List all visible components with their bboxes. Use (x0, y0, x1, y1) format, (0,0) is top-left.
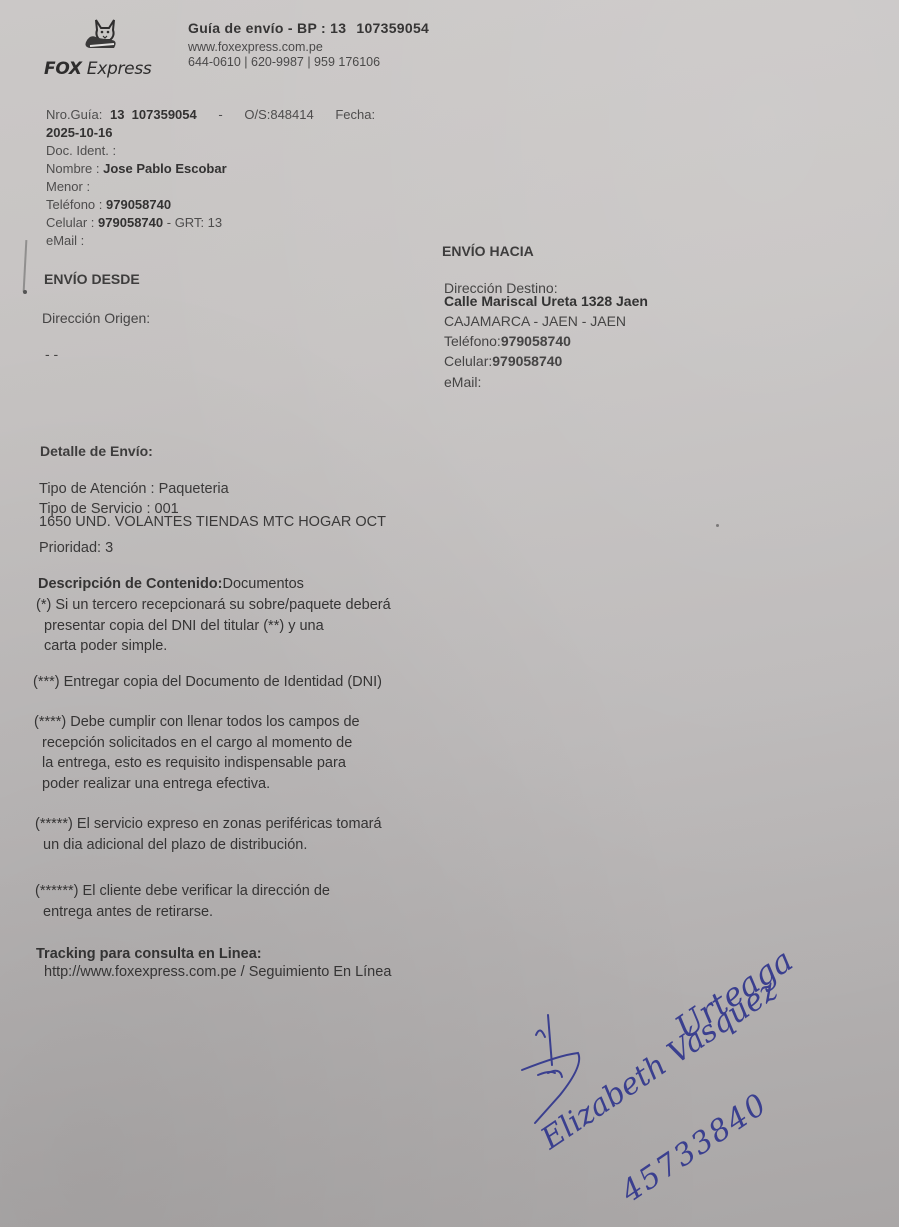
company-website: www.foxexpress.com.pe (188, 40, 323, 54)
separator: - (218, 107, 222, 122)
nombre-value: Jose Pablo Escobar (103, 161, 227, 176)
origin-title: ENVÍO DESDE (44, 271, 140, 287)
note-2-line-1: (***) Entregar copia del Documento de Id… (33, 674, 382, 690)
celular-row: Celular : 979058740 - GRT: 13 (46, 214, 222, 233)
note-3-line-2: recepción solicitados en el cargo al mom… (34, 733, 360, 754)
note-2: (***) Entregar copia del Documento de Id… (33, 672, 382, 693)
note-3-line-3: la entrega, esto es requisito indispensa… (34, 753, 360, 774)
pencil-dot (23, 290, 27, 294)
order-service: O/S:848414 (244, 107, 313, 122)
destination-region: CAJAMARCA - JAEN - JAEN (444, 313, 626, 329)
brand-name: FOX Express (44, 59, 151, 79)
telefono-row: Teléfono : 979058740 (46, 196, 171, 215)
handwritten-signature: Elizabeth Vásquez Urteaga 45733840 (500, 945, 860, 1215)
note-5: (******) El cliente debe verificar la di… (35, 881, 330, 922)
origin-address-value: - - (45, 346, 58, 362)
destination-celular-label: Celular: (444, 353, 492, 369)
destination-telefono-row: Teléfono:979058740 (444, 333, 571, 349)
destination-telefono-value: 979058740 (501, 333, 571, 349)
signature-dni: 45733840 (614, 1086, 774, 1210)
guide-title-number: 107359054 (356, 20, 429, 36)
brand-rest: Express (87, 59, 152, 79)
content-description: Descripción de Contenido:Documentos (38, 574, 304, 595)
content-label: Descripción de Contenido: (38, 576, 223, 592)
note-4-line-1: (*****) El servicio expreso en zonas per… (35, 816, 382, 832)
pencil-mark (23, 240, 28, 292)
guide-number-row: Nro.Guía: 13 107359054 - O/S:848414 Fech… (46, 106, 375, 125)
origin-address-label: Dirección Origen: (42, 310, 150, 326)
note-4: (*****) El servicio expreso en zonas per… (35, 814, 382, 855)
nombre-label: Nombre : (46, 161, 99, 176)
fox-express-logo: FOX Express (42, 16, 177, 84)
destination-address-value: Calle Mariscal Ureta 1328 Jaen (444, 293, 648, 309)
telefono-label: Teléfono : (46, 197, 102, 212)
note-1-line-2: presentar copia del DNI del titular (**)… (36, 616, 391, 637)
content-value: Documentos (223, 576, 304, 592)
paper-speck (716, 524, 719, 527)
detail-prioridad: Prioridad: 3 (39, 538, 113, 559)
fecha-value: 2025-10-16 (46, 125, 113, 140)
telefono-value: 979058740 (106, 197, 171, 212)
fecha-label: Fecha: (335, 107, 375, 122)
grt: - GRT: 13 (167, 215, 222, 230)
note-3: (****) Debe cumplir con llenar todos los… (34, 712, 360, 794)
destination-telefono-label: Teléfono: (444, 333, 501, 349)
note-1-line-3: carta poder simple. (36, 636, 391, 657)
guide-title: Guía de envío - BP : 13107359054 (188, 20, 429, 36)
tracking-link[interactable]: http://www.foxexpress.com.pe / Seguimien… (44, 962, 391, 983)
doc-ident-label: Doc. Ident. : (46, 142, 116, 161)
note-1-line-1: (*) Si un tercero recepcionará su sobre/… (36, 597, 391, 613)
destination-celular-row: Celular:979058740 (444, 353, 562, 369)
email-label: eMail : (46, 232, 84, 251)
nombre-row: Nombre : Jose Pablo Escobar (46, 160, 227, 179)
detail-title: Detalle de Envío: (40, 443, 153, 459)
menor-label: Menor : (46, 178, 90, 197)
tracking-title: Tracking para consulta en Linea: (36, 946, 262, 962)
note-5-line-1: (******) El cliente debe verificar la di… (35, 883, 330, 899)
destination-celular-value: 979058740 (492, 353, 562, 369)
note-5-line-2: entrega antes de retirarse. (35, 902, 330, 923)
detail-descripcion: 1650 UND. VOLANTES TIENDAS MTC HOGAR OCT (39, 512, 386, 533)
note-3-line-4: poder realizar una entrega efectiva. (34, 774, 360, 795)
detail-tipo-atencion: Tipo de Atención : Paqueteria (39, 479, 229, 500)
destination-title: ENVÍO HACIA (442, 243, 534, 259)
note-4-line-2: un dia adicional del plazo de distribuci… (35, 835, 382, 856)
destination-email-label: eMail: (444, 374, 481, 390)
note-1: (*) Si un tercero recepcionará su sobre/… (36, 595, 391, 657)
company-phones: 644-0610 | 620-9987 | 959 176106 (188, 55, 380, 69)
celular-label: Celular : (46, 215, 94, 230)
note-3-line-1: (****) Debe cumplir con llenar todos los… (34, 714, 360, 730)
brand-bold: FOX (44, 59, 82, 79)
celular-value: 979058740 (98, 215, 163, 230)
nro-guia-value: 13 107359054 (110, 107, 197, 122)
nro-guia-label: Nro.Guía: (46, 107, 102, 122)
guide-title-label: Guía de envío - BP : 13 (188, 20, 346, 36)
fox-logo-icon (82, 16, 128, 56)
